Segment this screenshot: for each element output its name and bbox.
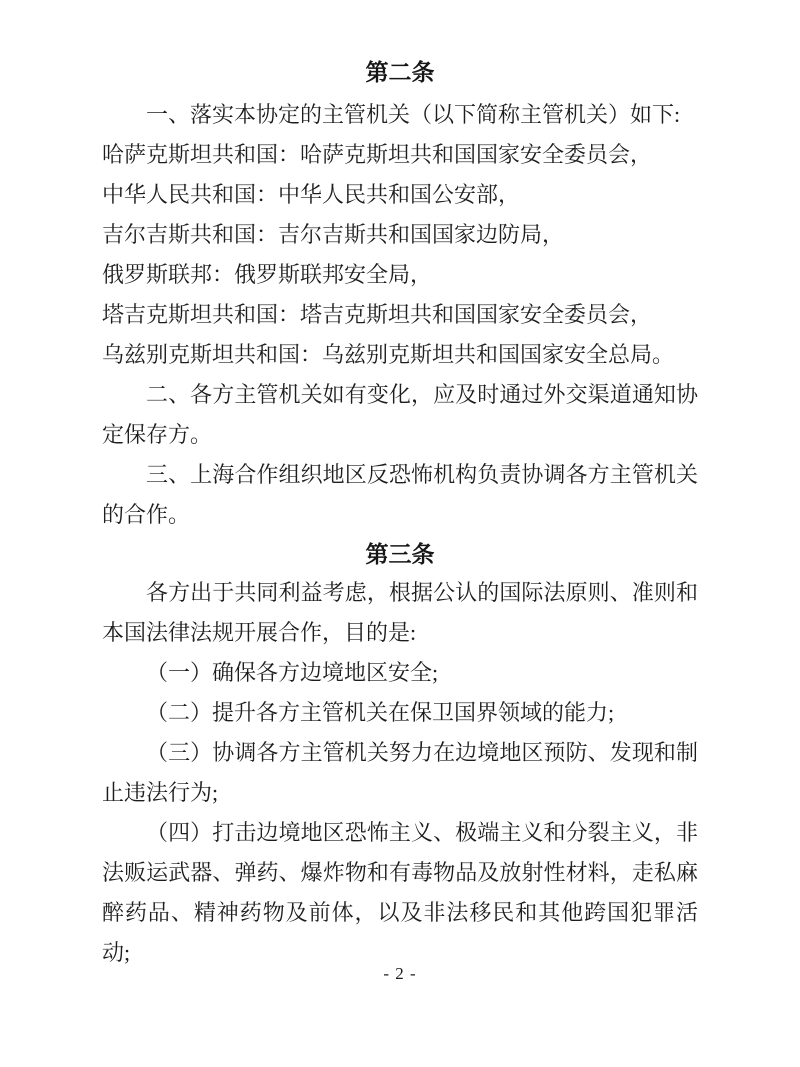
paragraph: 哈萨克斯坦共和国：哈萨克斯坦共和国国家安全委员会， [102, 135, 698, 175]
article-2-heading: 第二条 [102, 57, 698, 87]
paragraph: 各方出于共同利益考虑，根据公认的国际法原则、准则和本国法律法规开展合作，目的是: [102, 573, 698, 653]
paragraph: 二、各方主管机关如有变化，应及时通过外交渠道通知协定保存方。 [102, 375, 698, 455]
paragraph: 三、上海合作组织地区反恐怖机构负责协调各方主管机关的合作。 [102, 455, 698, 535]
paragraph: 俄罗斯联邦：俄罗斯联邦安全局， [102, 255, 698, 295]
paragraph: （二）提升各方主管机关在保卫国界领域的能力; [102, 693, 698, 733]
paragraph: 乌兹别克斯坦共和国：乌兹别克斯坦共和国国家安全总局。 [102, 335, 698, 375]
paragraph: （三）协调各方主管机关努力在边境地区预防、发现和制止违法行为; [102, 733, 698, 813]
paragraph: （一）确保各方边境地区安全; [102, 653, 698, 693]
paragraph: （四）打击边境地区恐怖主义、极端主义和分裂主义，非法贩运武器、弹药、爆炸物和有毒… [102, 813, 698, 973]
paragraph: 中华人民共和国：中华人民共和国公安部， [102, 175, 698, 215]
paragraph: 一、落实本协定的主管机关（以下简称主管机关）如下: [102, 95, 698, 135]
page-number: - 2 - [0, 964, 800, 984]
document-content: 第二条 一、落实本协定的主管机关（以下简称主管机关）如下: 哈萨克斯坦共和国：哈… [102, 57, 698, 973]
document-page: 第二条 一、落实本协定的主管机关（以下简称主管机关）如下: 哈萨克斯坦共和国：哈… [0, 0, 800, 1067]
paragraph: 塔吉克斯坦共和国：塔吉克斯坦共和国国家安全委员会， [102, 295, 698, 335]
paragraph: 吉尔吉斯共和国：吉尔吉斯共和国国家边防局， [102, 215, 698, 255]
article-3-heading: 第三条 [102, 539, 698, 569]
